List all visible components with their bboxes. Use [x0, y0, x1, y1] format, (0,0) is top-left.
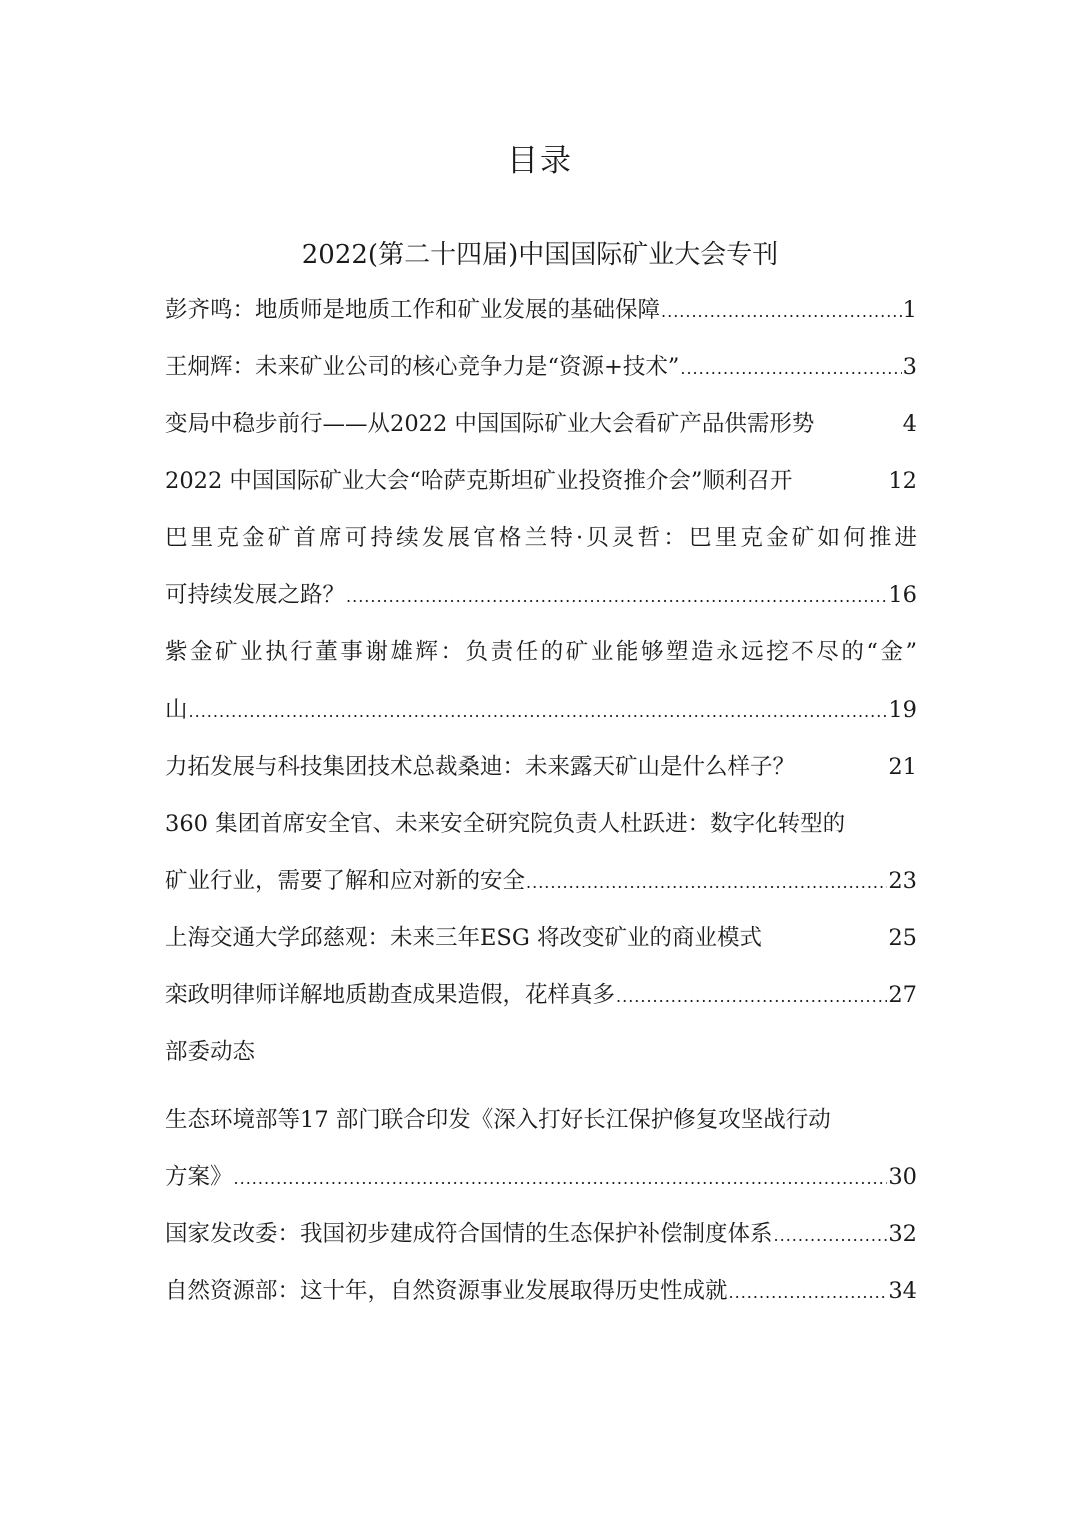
toc-entry-title: 王炯辉：未来矿业公司的核心竞争力是“资源+技术” — [165, 350, 679, 384]
dot-leader — [616, 980, 887, 1014]
toc-entry[interactable]: 国家发改委：我国初步建成符合国情的生态保护补偿制度体系32 — [165, 1217, 917, 1251]
toc-entry-title: 可持续发展之路？ — [165, 578, 345, 612]
toc-entry-title: 巴里克金矿首席可持续发展官格兰特·贝灵哲：巴里克金矿如何推进 — [165, 521, 917, 555]
toc-entry[interactable]: 自然资源部：这十年，自然资源事业发展取得历史性成就34 — [165, 1274, 917, 1308]
toc-page-number: 32 — [888, 1217, 917, 1251]
toc-entry-title: 国家发改委：我国初步建成符合国情的生态保护补偿制度体系 — [165, 1217, 773, 1251]
dot-leader — [234, 1162, 888, 1196]
toc-page-number: 19 — [888, 693, 917, 727]
dot-leader — [526, 866, 887, 900]
toc-page-number: 23 — [888, 864, 917, 898]
dot-leader — [346, 580, 887, 614]
toc-entry[interactable]: 彭齐鸣：地质师是地质工作和矿业发展的基础保障1 — [165, 293, 917, 327]
dot-leader — [661, 295, 902, 329]
dot-leader — [774, 1219, 888, 1253]
toc-entry[interactable]: 栾政明律师详解地质勘查成果造假，花样真多27 — [165, 978, 917, 1012]
toc-entry[interactable]: 2022 中国国际矿业大会“哈萨克斯坦矿业投资推介会”顺利召开12 — [165, 464, 917, 498]
toc-entry-title: 360 集团首席安全官、未来安全研究院负责人杜跃进：数字化转型的 — [165, 807, 845, 841]
toc-entry-title: 栾政明律师详解地质勘查成果造假，花样真多 — [165, 978, 615, 1012]
toc-entry-line: 紫金矿业执行董事谢雄辉：负责任的矿业能够塑造永远挖不尽的“金” — [165, 635, 917, 669]
toc-page-number: 16 — [888, 578, 917, 612]
toc-entry-line: 部委动态 — [165, 1035, 917, 1069]
toc-entry-title: 部委动态 — [165, 1035, 255, 1069]
toc-page-number: 21 — [888, 750, 917, 784]
toc-entry[interactable]: 矿业行业，需要了解和应对新的安全23 — [165, 864, 917, 898]
toc-entry[interactable]: 王炯辉：未来矿业公司的核心竞争力是“资源+技术”3 — [165, 350, 917, 384]
toc-entry[interactable]: 变局中稳步前行——从2022 中国国际矿业大会看矿产品供需形势4 — [165, 407, 917, 441]
toc-entry-title: 2022 中国国际矿业大会“哈萨克斯坦矿业投资推介会”顺利召开 — [165, 464, 792, 498]
toc-page-number: 4 — [903, 407, 917, 441]
toc-page-number: 12 — [888, 464, 917, 498]
toc-entry-title: 自然资源部：这十年，自然资源事业发展取得历史性成就 — [165, 1274, 728, 1308]
toc-page-number: 3 — [903, 350, 917, 384]
toc-page-number: 1 — [903, 293, 917, 327]
toc-entry-title: 力拓发展与科技集团技术总裁桑迪：未来露天矿山是什么样子？ — [165, 750, 795, 784]
toc-entry-title: 生态环境部等17 部门联合印发《深入打好长江保护修复攻坚战行动 — [165, 1103, 831, 1137]
dot-leader — [680, 352, 901, 386]
toc-entry-title: 彭齐鸣：地质师是地质工作和矿业发展的基础保障 — [165, 293, 660, 327]
toc-page-number: 27 — [888, 978, 917, 1012]
toc-entry-line: 巴里克金矿首席可持续发展官格兰特·贝灵哲：巴里克金矿如何推进 — [165, 521, 917, 555]
toc-entry[interactable]: 可持续发展之路？16 — [165, 578, 917, 612]
toc-entry-title: 方案》 — [165, 1160, 233, 1194]
toc-entry-title: 矿业行业，需要了解和应对新的安全 — [165, 864, 525, 898]
toc-entry-line: 360 集团首席安全官、未来安全研究院负责人杜跃进：数字化转型的 — [165, 807, 917, 841]
toc-page-number: 25 — [888, 921, 917, 955]
toc-entry[interactable]: 力拓发展与科技集团技术总裁桑迪：未来露天矿山是什么样子？21 — [165, 750, 917, 784]
toc-entry-title: 变局中稳步前行——从2022 中国国际矿业大会看矿产品供需形势 — [165, 407, 814, 441]
toc-entry[interactable]: 上海交通大学邱慈观：未来三年ESG 将改变矿业的商业模式25 — [165, 921, 917, 955]
toc-entry[interactable]: 山19 — [165, 693, 917, 727]
toc-entry-line: 生态环境部等17 部门联合印发《深入打好长江保护修复攻坚战行动 — [165, 1103, 917, 1137]
toc-page-number: 34 — [888, 1274, 917, 1308]
dot-leader — [189, 695, 888, 729]
page-title: 目录 — [0, 135, 1080, 180]
toc-entry-title: 紫金矿业执行董事谢雄辉：负责任的矿业能够塑造永远挖不尽的“金” — [165, 635, 917, 669]
toc-entry-title: 山 — [165, 693, 188, 727]
section-heading-mining-congress: 2022(第二十四届)中国国际矿业大会专刊 — [0, 234, 1080, 271]
toc-entry[interactable]: 方案》30 — [165, 1160, 917, 1194]
toc-page-number: 30 — [888, 1160, 917, 1194]
dot-leader — [729, 1276, 888, 1310]
toc-entry-title: 上海交通大学邱慈观：未来三年ESG 将改变矿业的商业模式 — [165, 921, 762, 955]
